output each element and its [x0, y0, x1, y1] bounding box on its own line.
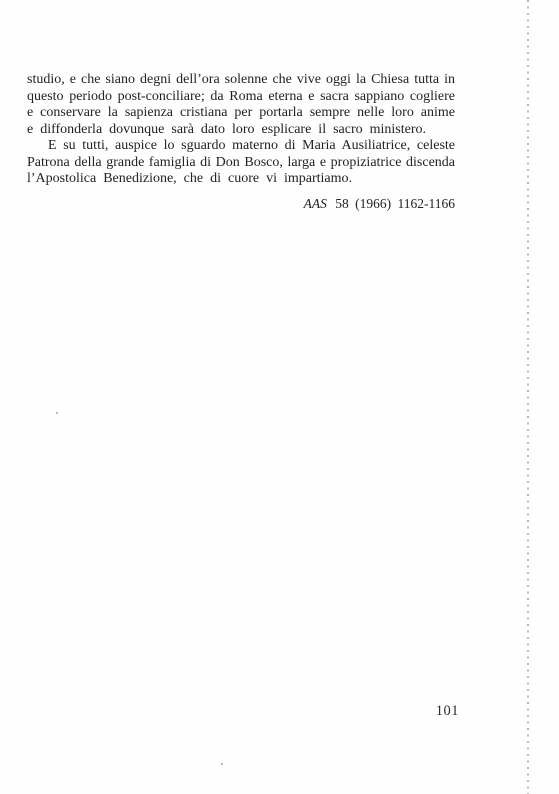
body-text-line: e diffonderla dovunque sarà dato loro es… — [27, 122, 455, 139]
text-block: studio, e che siano degni dell’ora solen… — [27, 72, 455, 212]
paragraph-1: studio, e che siano degni dell’ora solen… — [27, 72, 455, 138]
body-text-line: Patrona della grande famiglia di Don Bos… — [27, 155, 455, 172]
scan-speck — [221, 763, 223, 765]
scan-edge-dotted-line — [527, 0, 529, 794]
citation-journal: AAS — [304, 196, 327, 211]
scan-speck — [56, 412, 58, 414]
body-text-line: l’Apostolica Benedizione, che di cuore v… — [27, 171, 455, 188]
citation-line: AAS 58 (1966) 1162-1166 — [27, 196, 455, 213]
citation-pages: (1966) 1162-1166 — [355, 196, 455, 211]
body-text-line: questo periodo post-conciliare; da Roma … — [27, 89, 455, 106]
body-text-line: E su tutti, auspice lo sguardo materno d… — [27, 138, 455, 155]
page-number: 101 — [27, 703, 459, 720]
body-text-line: e conservare la sapienza cristiana per p… — [27, 105, 455, 122]
citation-volume: 58 — [333, 196, 349, 211]
paragraph-2: E su tutti, auspice lo sguardo materno d… — [27, 138, 455, 188]
body-text-line: studio, e che siano degni dell’ora solen… — [27, 72, 455, 89]
book-page: studio, e che siano degni dell’ora solen… — [0, 0, 559, 794]
